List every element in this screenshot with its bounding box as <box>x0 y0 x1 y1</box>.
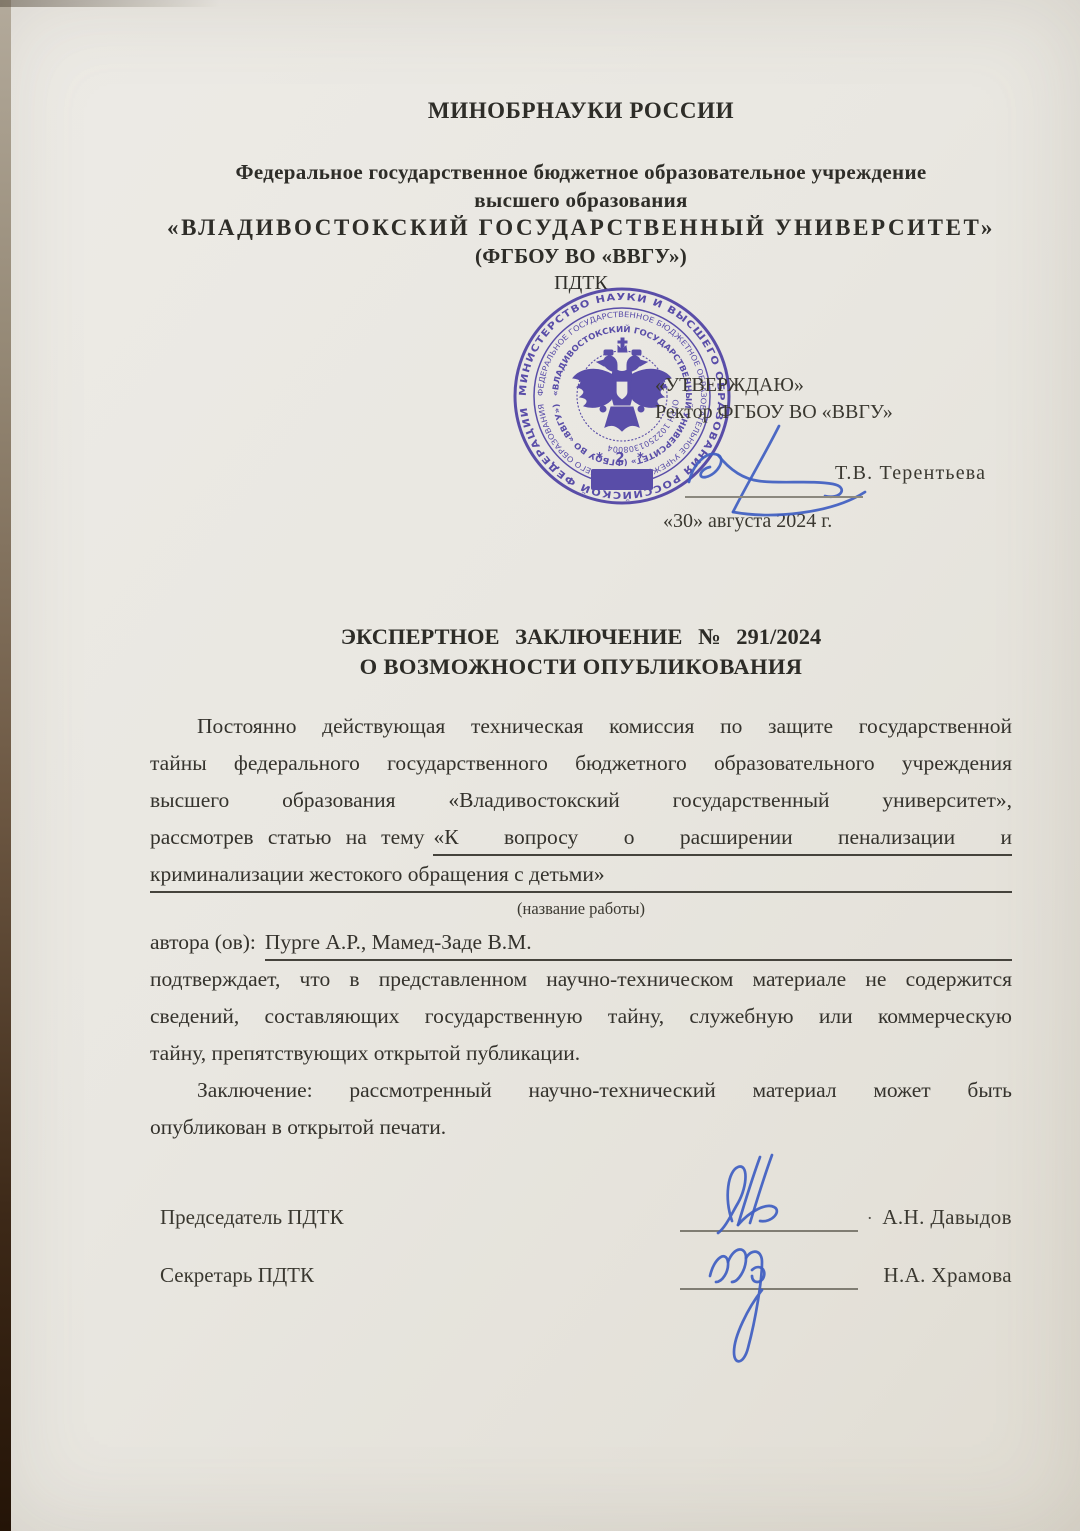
chairman-signature-line: . <box>680 1194 858 1232</box>
stamp-number-box <box>591 469 653 490</box>
approve-label: «УТВЕРЖДАЮ» <box>655 372 1045 399</box>
title-line1: ЭКСПЕРТНОЕ ЗАКЛЮЧЕНИЕ № 291/2024 <box>150 622 1012 652</box>
authors-names: Пурге А.Р., Мамед-Заде В.М. <box>265 924 532 961</box>
article-topic-label: рассмотрев статью на тему <box>150 819 433 856</box>
svg-text:* 2 *: * 2 * <box>596 451 648 466</box>
body-line-8: подтверждает, что в представленном научн… <box>150 961 1012 998</box>
org-abbreviation: (ФГБОУ ВО «ВВГУ») <box>150 242 1012 270</box>
chairman-name: А.Н. Давыдов <box>858 1202 1012 1232</box>
body-line-3: высшего образования «Владивостокский гос… <box>150 782 1012 819</box>
body-line-4: рассмотрев статью на тему «К вопросу о р… <box>150 819 1012 856</box>
body-line-9: сведений, составляющих государственную т… <box>150 998 1012 1035</box>
rector-signature-line <box>685 496 863 498</box>
body-line-1: Постоянно действующая техническая комисс… <box>150 708 1012 745</box>
chairman-role: Председатель ПДТК <box>160 1202 580 1232</box>
conclusion-line-1: Заключение: рассмотренный научно-техниче… <box>150 1072 1012 1109</box>
blank-underline-filler <box>605 856 1012 893</box>
rector-signature-area: Т.В. Терентьева <box>655 426 1045 522</box>
secretary-signature-image <box>696 1236 806 1376</box>
body-line-2: тайны федерального государственного бюдж… <box>150 745 1012 782</box>
chairman-signature-row: Председатель ПДТК . А.Н. Давыдов <box>160 1190 1012 1232</box>
university-name: «ВЛАДИВОСТОКСКИЙ ГОСУДАРСТВЕННЫЙ УНИВЕРС… <box>150 214 1012 242</box>
conclusion-line-2: опубликован в открытой печати. <box>150 1109 1012 1146</box>
secretary-role: Секретарь ПДТК <box>160 1260 580 1290</box>
approver-name: Т.В. Терентьева <box>835 460 986 487</box>
ministry-name: МИНОБРНАУКИ РОССИИ <box>150 98 1012 124</box>
body-line-5: криминализации жестокого обращения с дет… <box>150 856 1012 893</box>
approval-block: «УТВЕРЖДАЮ» Ректор ФГБОУ ВО «ВВГУ» Т.В. … <box>655 372 1045 535</box>
secretary-name: Н.А. Храмова <box>858 1260 1012 1290</box>
chairman-signature-image <box>698 1151 808 1246</box>
approval-zone: МИНИСТЕРСТВО НАУКИ И ВЫСШЕГО ОБРАЗОВАНИЯ… <box>150 296 1012 608</box>
document-title: ЭКСПЕРТНОЕ ЗАКЛЮЧЕНИЕ № 291/2024 О ВОЗМО… <box>150 622 1012 682</box>
article-title-part1: «К вопросу о расширении пенализации и <box>433 819 1012 856</box>
secretary-signature-row: Секретарь ПДТК Н.А. Храмова <box>160 1248 1012 1290</box>
body-line-7: автора (ов): Пурге А.Р., Мамед-Заде В.М. <box>150 924 1012 961</box>
title-line2: О ВОЗМОЖНОСТИ ОПУБЛИКОВАНИЯ <box>150 652 1012 682</box>
org-name-line1: Федеральное государственное бюджетное об… <box>150 158 1012 186</box>
blank-underline-filler <box>532 924 1012 961</box>
body-line-10: тайну, препятствующих открытой публикаци… <box>150 1035 1012 1072</box>
pen-dot-mark: . <box>868 1203 873 1224</box>
document-body: Постоянно действующая техническая комисс… <box>150 708 1012 1146</box>
document-header: МИНОБРНАУКИ РОССИИ Федеральное государст… <box>150 98 1012 296</box>
article-title-part2: криминализации жестокого обращения с дет… <box>150 856 605 893</box>
scanned-document-page: МИНОБРНАУКИ РОССИИ Федеральное государст… <box>0 0 1080 1531</box>
work-title-caption: (название работы) <box>150 893 1012 924</box>
authors-label: автора (ов): <box>150 924 265 961</box>
signature-section: Председатель ПДТК . А.Н. Давыдов Секрета… <box>150 1190 1012 1290</box>
expert-conclusion-document: МИНОБРНАУКИ РОССИИ Федеральное государст… <box>0 0 1080 1531</box>
org-name-line2: высшего образования <box>150 186 1012 214</box>
secretary-signature-line <box>680 1252 858 1290</box>
